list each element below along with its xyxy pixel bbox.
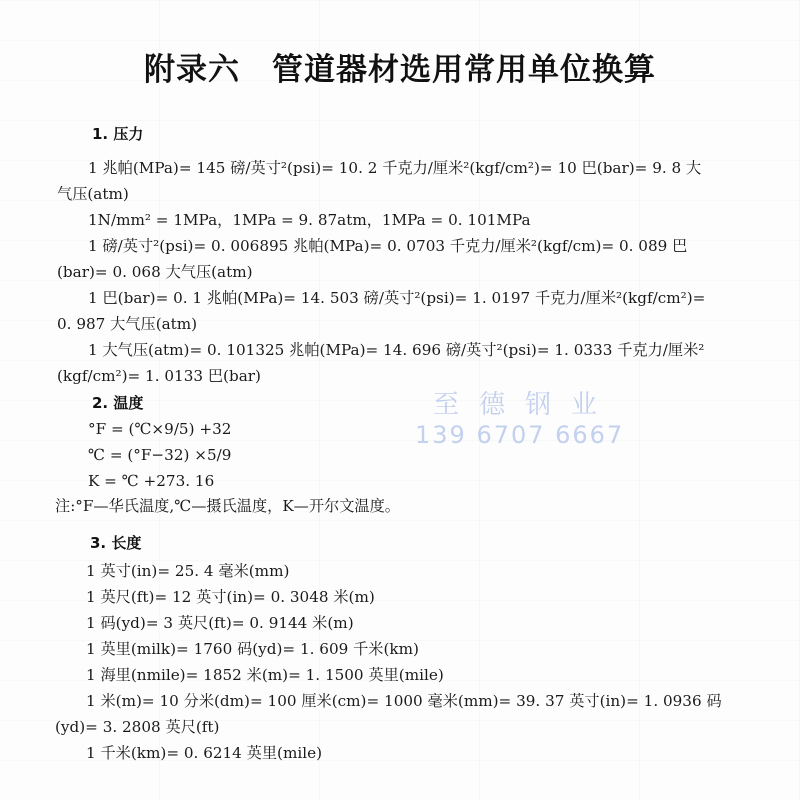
temperature-formula-k: K = ℃ +273. 16 xyxy=(88,471,214,491)
section-heading-length: 3. 长度 xyxy=(90,533,141,553)
pressure-line-1: 1 兆帕(MPa)= 145 磅/英寸²(psi)= 10. 2 千克力/厘米²… xyxy=(88,158,701,178)
temperature-formula-f: °F = (℃×9/5) +32 xyxy=(88,419,231,439)
pressure-line-3: 1 磅/英寸²(psi)= 0. 006895 兆帕(MPa)= 0. 0703… xyxy=(88,236,687,256)
temperature-note: 注:°F—华氏温度,℃—摄氏温度，K—开尔文温度。 xyxy=(55,496,400,516)
length-line-kilometer: 1 千米(km)= 0. 6214 英里(mile) xyxy=(86,743,322,763)
pressure-line-4-cont: 0. 987 大气压(atm) xyxy=(57,314,197,334)
watermark-phone: 139 6707 6667 xyxy=(415,420,624,450)
length-line-meter-cont: (yd)= 3. 2808 英尺(ft) xyxy=(55,717,219,737)
document-page: 附录六 管道器材选用常用单位换算 1. 压力 1 兆帕(MPa)= 145 磅/… xyxy=(0,0,800,800)
section-heading-pressure: 1. 压力 xyxy=(92,124,143,144)
pressure-line-1-cont: 气压(atm) xyxy=(57,184,129,204)
section-heading-temperature: 2. 温度 xyxy=(92,393,143,413)
length-line-foot: 1 英尺(ft)= 12 英寸(in)= 0. 3048 米(m) xyxy=(86,587,375,607)
length-line-meter: 1 米(m)= 10 分米(dm)= 100 厘米(cm)= 1000 毫米(m… xyxy=(86,691,722,711)
pressure-line-5: 1 大气压(atm)= 0. 101325 兆帕(MPa)= 14. 696 磅… xyxy=(88,340,704,360)
pressure-line-4: 1 巴(bar)= 0. 1 兆帕(MPa)= 14. 503 磅/英寸²(ps… xyxy=(88,288,705,308)
length-line-inch: 1 英寸(in)= 25. 4 毫米(mm) xyxy=(86,561,289,581)
pressure-line-5-cont: (kgf/cm²)= 1. 0133 巴(bar) xyxy=(57,366,261,386)
pressure-line-2: 1N/mm² = 1MPa，1MPa = 9. 87atm，1MPa = 0. … xyxy=(88,210,531,230)
page-title: 附录六 管道器材选用常用单位换算 xyxy=(0,44,800,89)
temperature-formula-c: ℃ = (°F−32) ×5/9 xyxy=(88,445,231,465)
watermark-company-name: 至德钢业 xyxy=(433,390,624,420)
watermark: 至德钢业 139 6707 6667 xyxy=(415,390,624,450)
length-line-mile: 1 英里(milk)= 1760 码(yd)= 1. 609 千米(km) xyxy=(86,639,419,659)
length-line-yard: 1 码(yd)= 3 英尺(ft)= 0. 9144 米(m) xyxy=(86,613,354,633)
length-line-nautical-mile: 1 海里(nmile)= 1852 米(m)= 1. 1500 英里(mile) xyxy=(86,665,444,685)
pressure-line-3-cont: (bar)= 0. 068 大气压(atm) xyxy=(57,262,253,282)
